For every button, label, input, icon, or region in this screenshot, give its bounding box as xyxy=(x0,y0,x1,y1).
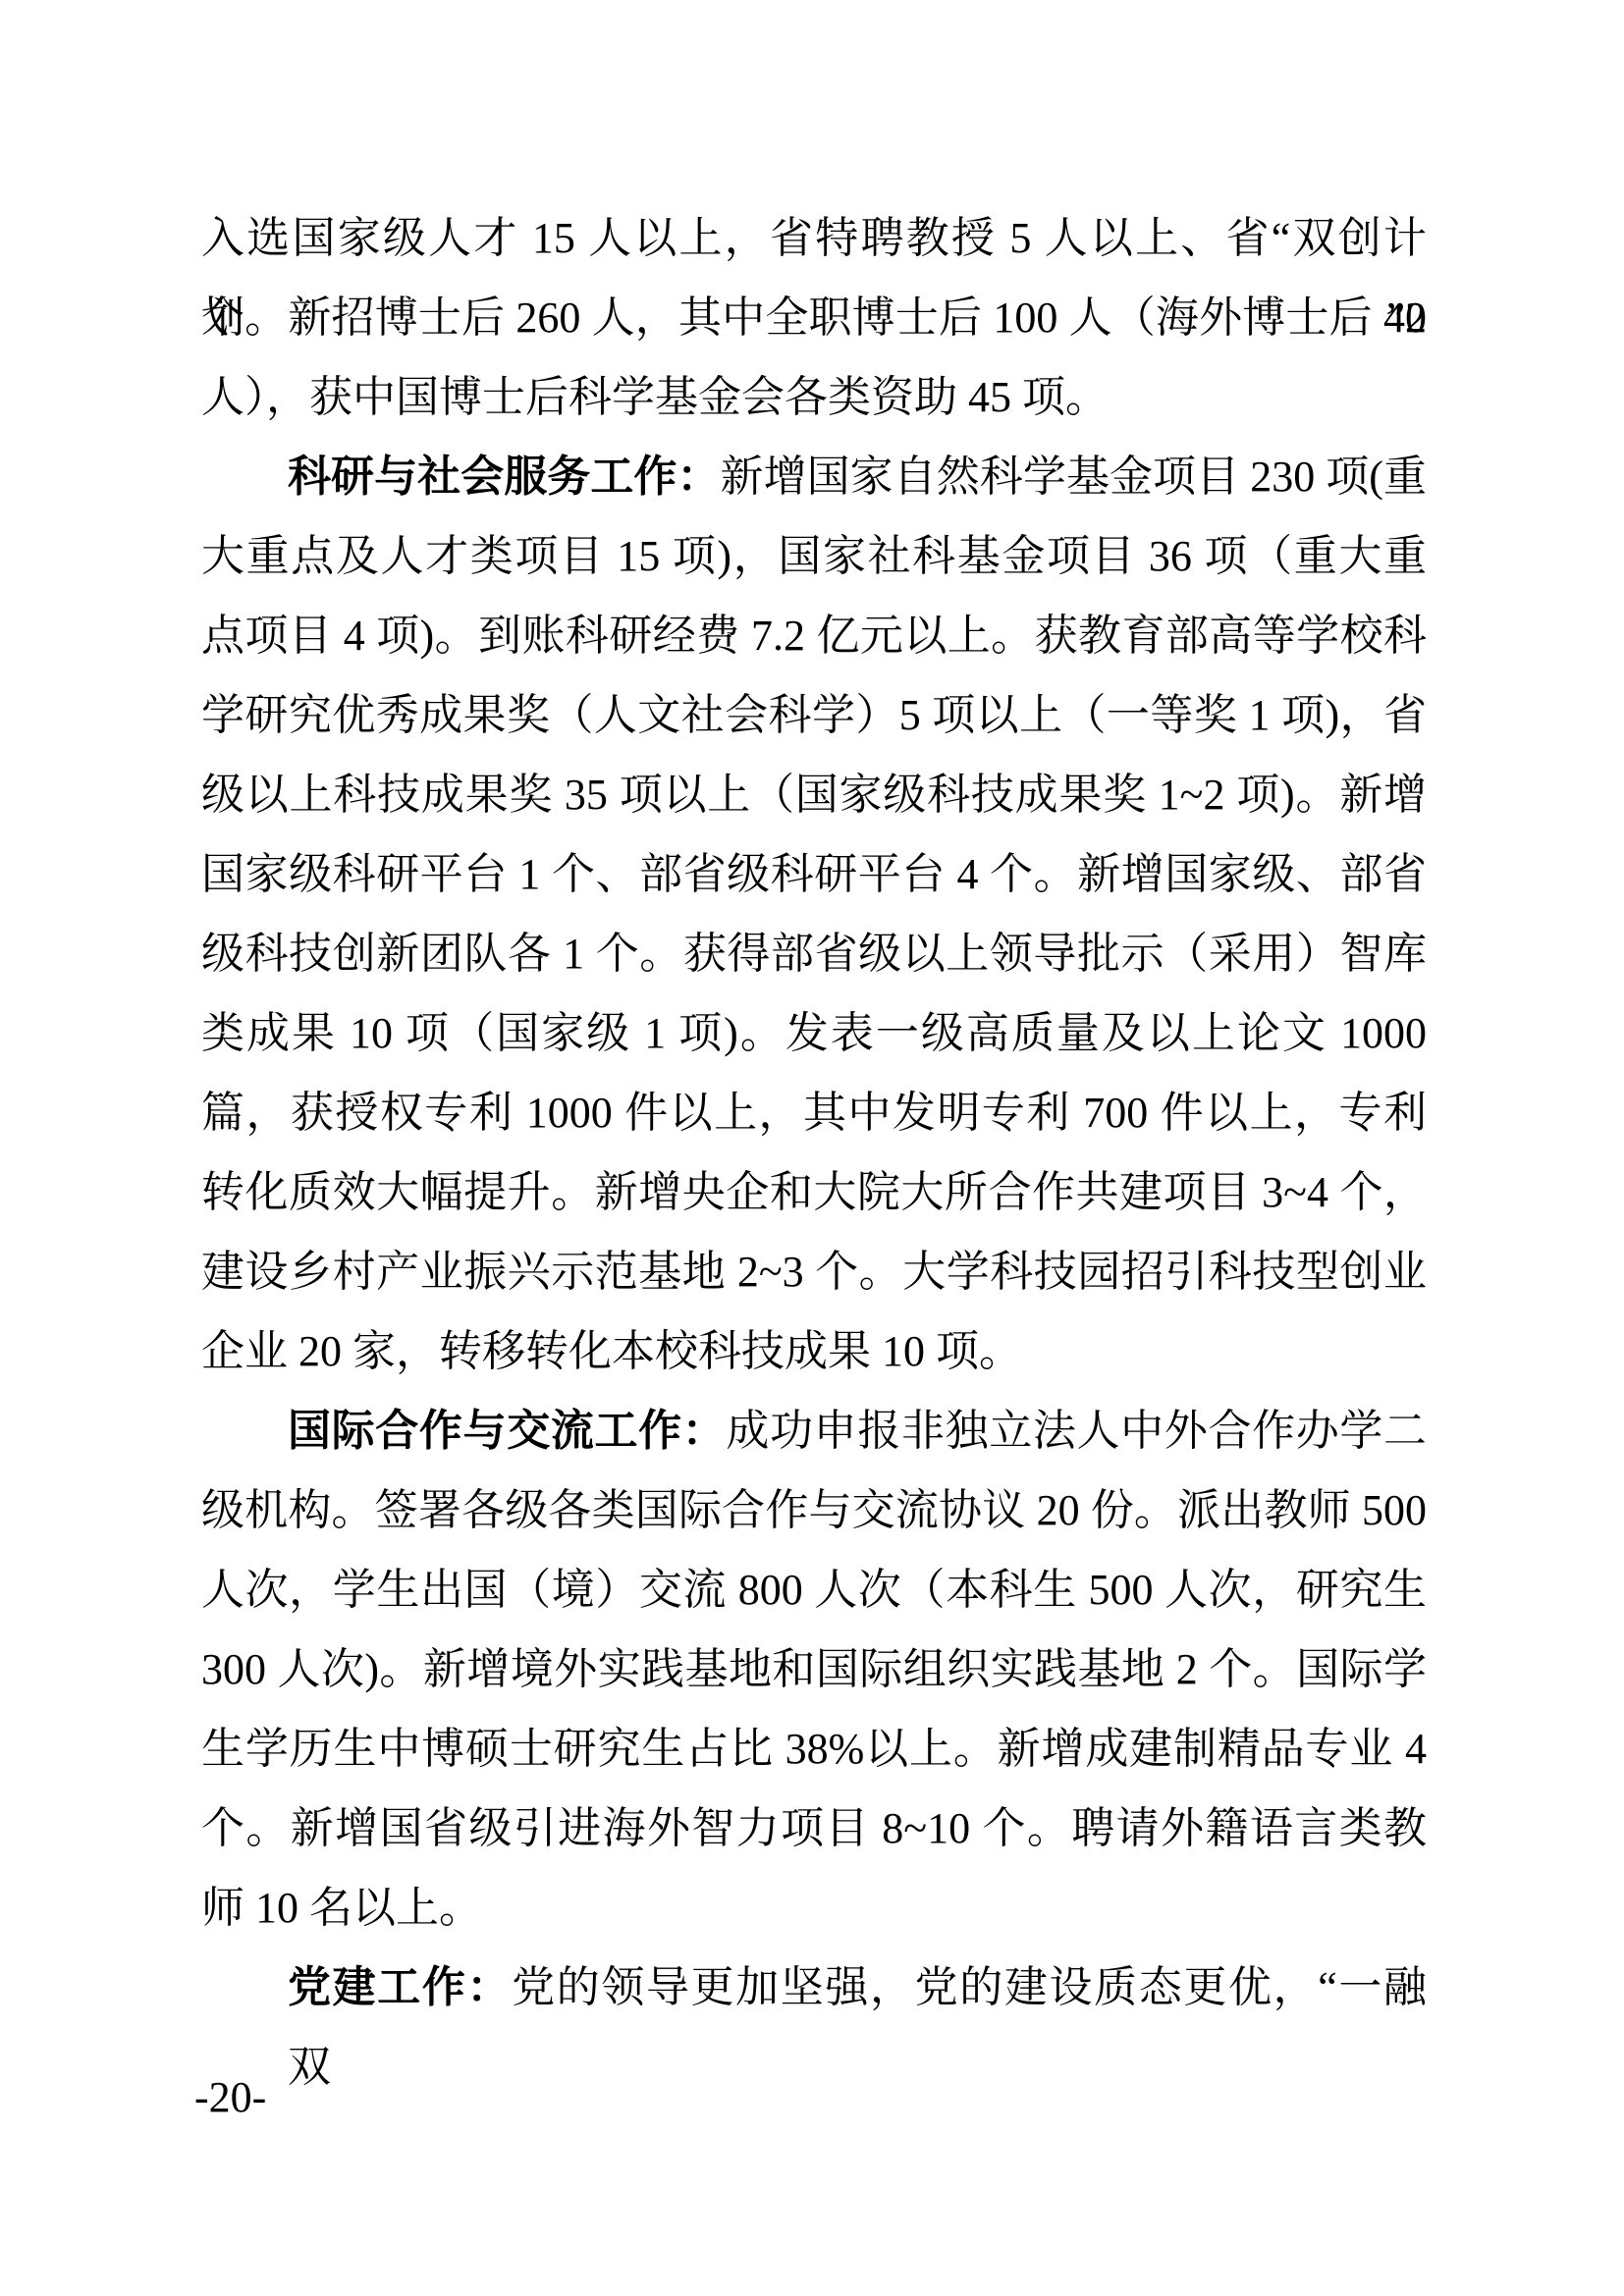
document-page: 入选国家级人才 15 人以上，省特聘教授 5 人以上、省“双创计划”2个。新招博… xyxy=(0,0,1624,2296)
body-text-run: 企业 20 家，转移转化本校科技成果 10 项。 xyxy=(201,1327,1022,1375)
text-line: 级以上科技成果奖 35 项以上（国家级科技成果奖 1~2 项)。新增 xyxy=(201,755,1427,834)
body-text-run: 师 10 名以上。 xyxy=(201,1884,482,1932)
body-text-run: 学研究优秀成果奖（人文社会科学）5 项以上（一等奖 1 项)，省 xyxy=(201,691,1427,739)
body-text-run: 类成果 10 项（国家级 1 项)。发表一级高质量及以上论文 1000 xyxy=(201,1009,1427,1057)
section-heading: 科研与社会服务工作： xyxy=(288,453,721,501)
text-line: 党建工作：党的领导更加坚强，党的建设质态更优，“一融双 xyxy=(201,1948,1427,2027)
body-text-run: 转化质效大幅提升。新增央企和大院大所合作共建项目 3~4 个， xyxy=(201,1168,1427,1216)
body-text-run: 300 人次)。新增境外实践基地和国际组织实践基地 2 个。国际学 xyxy=(201,1645,1427,1693)
text-line: 个。新增国省级引进海外智力项目 8~10 个。聘请外籍语言类教 xyxy=(201,1789,1427,1868)
section-heading: 党建工作： xyxy=(288,1963,512,2011)
text-line: 生学历生中博硕士研究生占比 38%以上。新增成建制精品专业 4 xyxy=(201,1709,1427,1789)
body-text-run: 新增国家自然科学基金项目 230 项(重 xyxy=(721,453,1427,501)
body-text-run: 成功申报非独立法人中外合作办学二 xyxy=(726,1407,1427,1455)
text-line: 师 10 名以上。 xyxy=(201,1868,1427,1948)
body-text-run: 篇，获授权专利 1000 件以上，其中发明专利 700 件以上，专利 xyxy=(201,1089,1427,1137)
body-text-run: 人），获中国博士后科学基金会各类资助 45 项。 xyxy=(201,373,1109,421)
body-text-run: 个。新招博士后 260 人，其中全职博士后 100 人（海外博士后 40 xyxy=(201,294,1427,342)
text-line: 企业 20 家，转移转化本校科技成果 10 项。 xyxy=(201,1311,1427,1391)
text-line: 点项目 4 项)。到账科研经费 7.2 亿元以上。获教育部高等学校科 xyxy=(201,596,1427,675)
body-text-run: 级以上科技成果奖 35 项以上（国家级科技成果奖 1~2 项)。新增 xyxy=(201,771,1427,819)
text-line: 科研与社会服务工作：新增国家自然科学基金项目 230 项(重 xyxy=(201,437,1427,516)
body-text-run: 建设乡村产业振兴示范基地 2~3 个。大学科技园招引科技型创业 xyxy=(201,1248,1427,1296)
section-heading: 国际合作与交流工作： xyxy=(288,1407,726,1455)
text-line: 国家级科研平台 1 个、部省级科研平台 4 个。新增国家级、部省 xyxy=(201,834,1427,914)
body-text-run: 个。新增国省级引进海外智力项目 8~10 个。聘请外籍语言类教 xyxy=(201,1804,1427,1852)
text-block: 入选国家级人才 15 人以上，省特聘教授 5 人以上、省“双创计划”2个。新招博… xyxy=(201,198,1427,2027)
text-line: 大重点及人才类项目 15 项)，国家社科基金项目 36 项（重大重 xyxy=(201,516,1427,596)
text-line: 国际合作与交流工作：成功申报非独立法人中外合作办学二 xyxy=(201,1391,1427,1470)
body-text-run: 级科技创新团队各 1 个。获得部省级以上领导批示（采用）智库 xyxy=(201,930,1427,978)
text-line: 级机构。签署各级各类国际合作与交流协议 20 份。派出教师 500 xyxy=(201,1470,1427,1550)
text-line: 人），获中国博士后科学基金会各类资助 45 项。 xyxy=(201,357,1427,437)
text-line: 建设乡村产业振兴示范基地 2~3 个。大学科技园招引科技型创业 xyxy=(201,1232,1427,1311)
body-text-run: 点项目 4 项)。到账科研经费 7.2 亿元以上。获教育部高等学校科 xyxy=(201,612,1427,660)
body-text-run: 大重点及人才类项目 15 项)，国家社科基金项目 36 项（重大重 xyxy=(201,532,1427,580)
page-number: -20- xyxy=(194,2073,266,2122)
text-line: 人次，学生出国（境）交流 800 人次（本科生 500 人次，研究生 xyxy=(201,1550,1427,1629)
text-line: 学研究优秀成果奖（人文社会科学）5 项以上（一等奖 1 项)，省 xyxy=(201,675,1427,755)
text-line: 入选国家级人才 15 人以上，省特聘教授 5 人以上、省“双创计划”2 xyxy=(201,198,1427,278)
body-text-run: 国家级科研平台 1 个、部省级科研平台 4 个。新增国家级、部省 xyxy=(201,850,1427,898)
body-text-run: 人次，学生出国（境）交流 800 人次（本科生 500 人次，研究生 xyxy=(201,1566,1427,1614)
text-line: 类成果 10 项（国家级 1 项)。发表一级高质量及以上论文 1000 xyxy=(201,993,1427,1073)
text-line: 转化质效大幅提升。新增央企和大院大所合作共建项目 3~4 个， xyxy=(201,1152,1427,1232)
text-line: 个。新招博士后 260 人，其中全职博士后 100 人（海外博士后 40 xyxy=(201,278,1427,357)
text-line: 300 人次)。新增境外实践基地和国际组织实践基地 2 个。国际学 xyxy=(201,1629,1427,1709)
text-line: 篇，获授权专利 1000 件以上，其中发明专利 700 件以上，专利 xyxy=(201,1073,1427,1152)
body-text-run: 级机构。签署各级各类国际合作与交流协议 20 份。派出教师 500 xyxy=(201,1486,1427,1534)
text-line: 级科技创新团队各 1 个。获得部省级以上领导批示（采用）智库 xyxy=(201,914,1427,993)
body-text-run: 生学历生中博硕士研究生占比 38%以上。新增成建制精品专业 4 xyxy=(201,1725,1427,1773)
